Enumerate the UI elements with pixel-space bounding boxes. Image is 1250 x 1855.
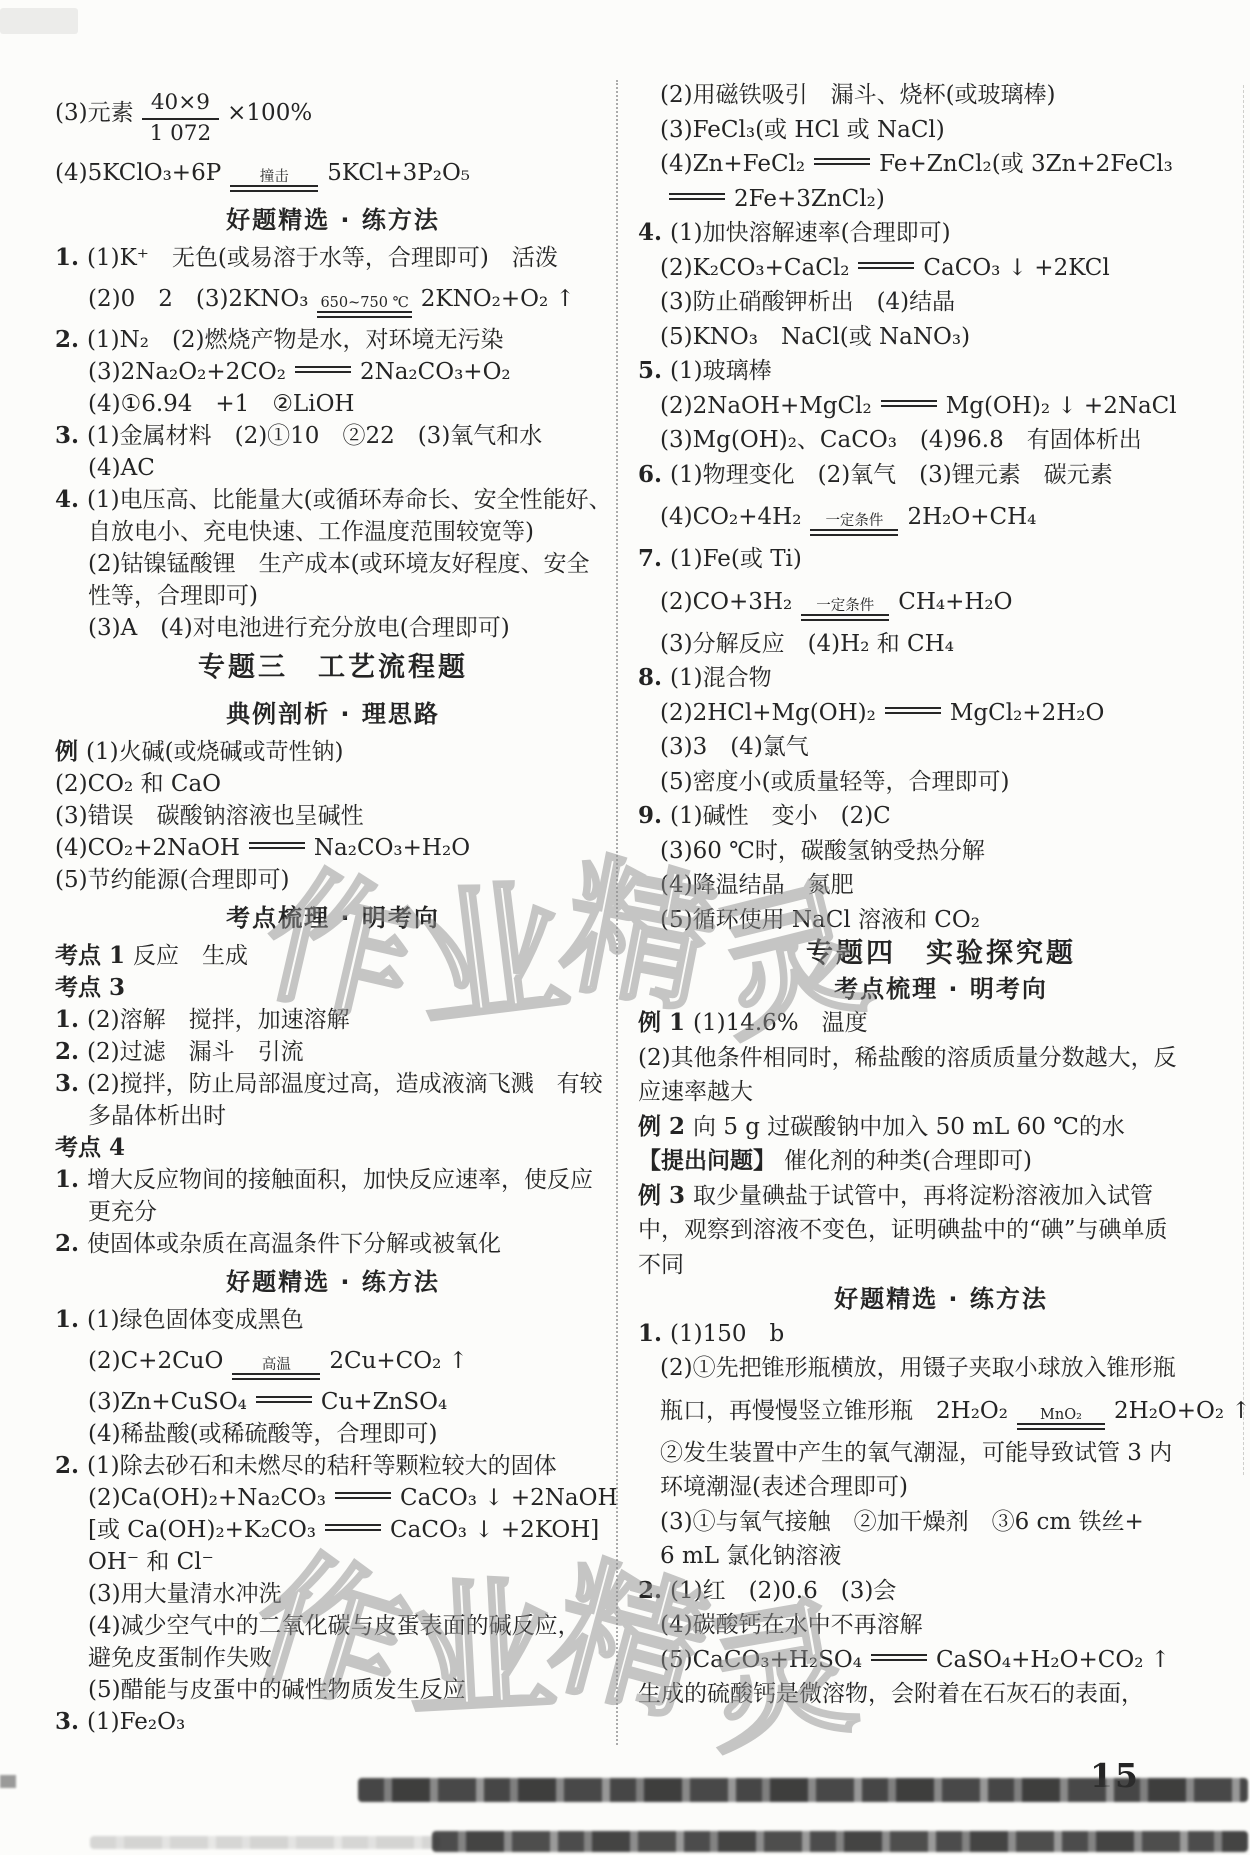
text-line: (5)KNO₃ NaCl(或 NaNO₃) [638,320,1244,355]
text-run: (4)AC [88,455,155,481]
double-line [317,311,411,318]
text-run: (1)Fe₂O₃ [87,1709,185,1735]
text-line: 2.(1)除去砂石和未燃尽的秸秆等颗粒较大的固体 [55,1450,611,1482]
text-run: (3)FeCl₃(或 HCl 或 NaCl) [660,117,945,143]
text-run: (1)14.6% 温度 [693,1010,868,1036]
text-run: (3)60 ℃时，碳酸氢钠受热分解 [660,838,985,864]
text-run: CaSO₄+H₂O+CO₂ ↑ [936,1647,1170,1673]
text-run: (4)Zn+FeCl₂ [660,151,805,177]
list-marker: 3. [55,1708,79,1735]
list-marker: 1. [55,244,79,271]
text-run: (2)0 2 (3)2KNO₃ [88,286,308,312]
heading-text: 专题四 实验探究题 [806,938,1076,969]
heading-text: 考点梳理 · 明考向 [834,975,1048,1003]
text-line: 更充分 [55,1196,611,1228]
text-run: (2)2NaOH+MgCl₂ [660,393,872,419]
section-heading: 考点梳理 · 明考向 [55,896,611,940]
text-run: (3)元素 [55,100,134,126]
section-heading: 考点梳理 · 明考向 [638,972,1244,1007]
list-marker: 4. [55,486,79,513]
text-run: 不同 [638,1252,684,1278]
text-run: (2)CO₂ 和 CaO [55,771,221,797]
text-run: (3)错误 碳酸钠溶液也呈碱性 [55,803,364,829]
text-run: (5)KNO₃ NaCl(或 NaNO₃) [660,324,970,350]
text-line: (3)Zn+CuSO₄Cu+ZnSO₄ [55,1386,611,1418]
reaction-condition: 650~750 ℃ [317,295,411,311]
text-run: (1)绿色固体变成黑色 [87,1307,304,1333]
list-marker: 7. [638,545,662,572]
scan-smudge [0,8,78,34]
text-line: (2)其他条件相同时，稀盐酸的溶质质量分数越大，反 [638,1041,1244,1076]
text-line: 考点 4 [55,1132,611,1164]
text-run: MgCl₂+2H₂O [950,700,1105,726]
text-run: (1)K⁺ 无色(或易溶于水等，合理即可) 活泼 [87,245,558,271]
list-marker: 例 2 [638,1113,685,1140]
left-column: (3)元素40×91 072×100%(4)5KClO₃+6P撞击5KCl+3P… [55,78,611,1738]
text-line: 2.(1)红 (2)0.6 (3)会 [638,1574,1244,1609]
text-run: (4)稀盐酸(或稀硫酸等，合理即可) [88,1421,438,1447]
reaction-condition: 高温 [232,1357,320,1373]
text-line: 1.(2)溶解 搅拌，加速溶解 [55,1004,611,1036]
text-line: (3)FeCl₃(或 HCl 或 NaCl) [638,113,1244,148]
double-line [814,158,870,165]
text-line: 4.(1)电压高、比能量大(或循环寿命长、安全性能好、 [55,484,611,516]
text-line: (2)用磁铁吸引 漏斗、烧杯(或玻璃棒) [638,78,1244,113]
text-run: (1)火碱(或烧碱或苛性钠) [86,739,344,765]
text-line: (3)分解反应 (4)H₂ 和 CH₄ [638,627,1244,662]
right-column: (2)用磁铁吸引 漏斗、烧杯(或玻璃棒)(3)FeCl₃(或 HCl 或 NaC… [638,78,1244,1712]
text-line: ②发生装置中产生的氧气潮湿，可能导致试管 3 内 [638,1436,1244,1471]
section-heading: 好题精选 · 练方法 [638,1282,1244,1317]
text-line: (4)碳酸钙在水中不再溶解 [638,1608,1244,1643]
list-marker: 例 [55,738,78,765]
double-line [1017,1423,1105,1430]
text-run: (3)分解反应 (4)H₂ 和 CH₄ [660,631,954,657]
double-line [325,1524,381,1531]
text-line: 性等，合理即可) [55,580,611,612]
equals-double-line: 一定条件 [810,513,898,536]
text-run: 反应 生成 [133,943,248,969]
text-run: (5)醋能与皮蛋中的碱性物质发生反应 [88,1677,466,1703]
text-line: 6 mL 氯化钠溶液 [638,1539,1244,1574]
text-run: (5)CaCO₃+H₂SO₄ [660,1647,862,1673]
text-line: 3.(2)搅拌，防止局部温度过高，造成液滴飞溅 有较 [55,1068,611,1100]
text-run: OH⁻ 和 Cl⁻ [88,1549,214,1575]
text-line: 7.(1)Fe(或 Ti) [638,542,1244,577]
text-run: (3)3 (4)氯气 [660,734,809,760]
text-line: 3.(1)金属材料 (2)①10 ②22 (3)氧气和水 [55,420,611,452]
equals-double-line [881,400,937,407]
text-run: (4)减少空气中的二氧化碳与皮蛋表面的碱反应， [88,1613,581,1639]
text-line: (4)减少空气中的二氧化碳与皮蛋表面的碱反应， [55,1610,611,1642]
list-marker: 例 1 [638,1009,685,1036]
text-run: 避免皮蛋制作失败 [88,1645,272,1671]
text-run: 催化剂的种类(合理即可) [784,1148,1032,1174]
text-line: (3)2Na₂O₂+2CO₂2Na₂CO₃+O₂ [55,356,611,388]
text-line: (5)循环使用 NaCl 溶液和 CO₂ [638,903,1244,938]
equals-double-line [814,158,870,165]
text-run: (4)5KClO₃+6P [55,160,221,186]
text-line: (4)5KClO₃+6P撞击5KCl+3P₂O₅ [55,148,611,198]
double-line [871,1654,927,1661]
text-line: (2)①先把锥形瓶横放，用镊子夹取小球放入锥形瓶 [638,1351,1244,1386]
text-line: (3)Mg(OH)₂、CaCO₃ (4)96.8 有固体析出 [638,423,1244,458]
text-run: (1)红 (2)0.6 (3)会 [670,1578,896,1604]
text-run: 2Na₂CO₃+O₂ [360,359,511,385]
text-run: 5KCl+3P₂O₅ [327,160,470,186]
double-line [881,400,937,407]
text-line: 生成的硫酸钙是微溶物，会附着在石灰石的表面， [638,1677,1244,1712]
text-line: (4)CO₂+2NaOHNa₂CO₃+H₂O [55,832,611,864]
text-run: (2)钴镍锰酸锂 生产成本(或环境友好程度、安全 [88,551,590,577]
text-line: 2.使固体或杂质在高温条件下分解或被氧化 [55,1228,611,1260]
text-run: (1)加快溶解速率(合理即可) [670,220,951,246]
text-run: 增大反应物间的接触面积，加快反应速率，使反应 [87,1167,593,1193]
text-run: (4)CO₂+2NaOH [55,835,240,861]
text-line: 自放电小、充电快速、工作温度范围较宽等) [55,516,611,548]
scan-shadow [358,1778,1248,1802]
section-heading: 专题三 工艺流程题 [55,644,611,692]
text-line: 考点 1反应 生成 [55,940,611,972]
text-run: (5)节约能源(合理即可) [55,867,290,893]
text-line: (4)稀盐酸(或稀硫酸等，合理即可) [55,1418,611,1450]
text-line: (4)Zn+FeCl₂Fe+ZnCl₂(或 3Zn+2FeCl₃ [638,147,1244,182]
list-marker: 1. [638,1320,662,1347]
text-run: 中，观察到溶液不变色，证明碘盐中的“碘”与碘单质 [638,1217,1168,1243]
text-line: (2)2NaOH+MgCl₂Mg(OH)₂ ↓ +2NaCl [638,389,1244,424]
reaction-condition: 撞击 [230,169,318,185]
text-run: (1)N₂ (2)燃烧产物是水，对环境无污染 [87,327,504,353]
text-line: 1.(1)150 b [638,1317,1244,1352]
text-line: 例(1)火碱(或烧碱或苛性钠) [55,736,611,768]
double-line [669,193,725,200]
text-run: (2)①先把锥形瓶横放，用镊子夹取小球放入锥形瓶 [660,1355,1176,1381]
text-run: 应速率越大 [638,1079,753,1105]
text-run: (2)用磁铁吸引 漏斗、烧杯(或玻璃棒) [660,82,1056,108]
text-run: 生成的硫酸钙是微溶物，会附着在石灰石的表面， [638,1681,1144,1707]
double-line [230,185,318,192]
list-marker: 【提出问题】 [638,1147,776,1174]
reaction-condition: MnO₂ [1017,1407,1105,1423]
text-run: 环境潮湿(表述合理即可) [660,1474,908,1500]
list-marker: 考点 3 [55,974,125,1001]
text-line: (3)3 (4)氯气 [638,730,1244,765]
text-line: (2)钴镍锰酸锂 生产成本(或环境友好程度、安全 [55,548,611,580]
list-marker: 1. [55,1166,79,1193]
text-line: 应速率越大 [638,1075,1244,1110]
text-line: (4)①6.94 +1 ②LiOH [55,388,611,420]
text-run: [或 Ca(OH)₂+K₂CO₃ [88,1517,316,1543]
text-run: 2Cu+CO₂ ↑ [329,1348,468,1374]
text-run: (3)用大量清水冲洗 [88,1581,282,1607]
heading-text: 典例剖析 · 理思路 [226,700,440,728]
text-run: (1)除去砂石和未燃尽的秸秆等颗粒较大的固体 [87,1453,557,1479]
equals-double-line [669,193,725,200]
equals-double-line [871,1654,927,1661]
scan-shadow [432,1831,1248,1852]
text-line: (4)AC [55,452,611,484]
text-line: OH⁻ 和 Cl⁻ [55,1546,611,1578]
equals-double-line [325,1524,381,1531]
list-marker: 2. [55,1230,79,1257]
equals-double-line: 高温 [232,1357,320,1380]
text-line: (3)用大量清水冲洗 [55,1578,611,1610]
text-run: CaCO₃ ↓ +2NaOH [400,1485,618,1511]
text-line: (4)降温结晶 氮肥 [638,868,1244,903]
text-line: 考点 3 [55,972,611,1004]
list-marker: 9. [638,802,662,829]
reaction-condition: 一定条件 [810,513,898,529]
text-run: Cu+ZnSO₄ [321,1389,447,1415]
text-run: (3)2Na₂O₂+2CO₂ [88,359,286,385]
text-line: (3)A (4)对电池进行充分放电(合理即可) [55,612,611,644]
text-run: 多晶体析出时 [88,1103,226,1129]
heading-text: 考点梳理 · 明考向 [226,904,440,932]
text-run: (4)降温结晶 氮肥 [660,872,854,898]
list-marker: 1. [55,1306,79,1333]
double-line [885,707,941,714]
text-run: 使固体或杂质在高温条件下分解或被氧化 [87,1231,501,1257]
text-line: (3)①与氧气接触 ②加干燥剂 ③6 cm 铁丝+ [638,1505,1244,1540]
list-marker: 3. [55,1070,79,1097]
text-line: (5)密度小(或质量轻等，合理即可) [638,765,1244,800]
text-line: 5.(1)玻璃棒 [638,354,1244,389]
section-heading: 好题精选 · 练方法 [55,1260,611,1304]
text-run: (5)密度小(或质量轻等，合理即可) [660,769,1010,795]
text-run: (4)①6.94 +1 ②LiOH [88,391,354,417]
text-line: (4)CO₂+4H₂一定条件2H₂O+CH₄ [638,492,1244,542]
equals-double-line: 一定条件 [801,598,889,621]
reaction-condition: 一定条件 [801,598,889,614]
list-marker: 考点 4 [55,1134,125,1161]
text-run: (2)C+2CuO [88,1348,223,1374]
scan-shadow [90,1836,440,1849]
equals-double-line: 撞击 [230,169,318,192]
text-line: (2)2HCl+Mg(OH)₂MgCl₂+2H₂O [638,696,1244,731]
text-line: (5)节约能源(合理即可) [55,864,611,896]
list-marker: 2. [55,326,79,353]
text-line: 2.(2)过滤 漏斗 引流 [55,1036,611,1068]
equals-double-line [295,366,351,373]
text-run: ②发生装置中产生的氧气潮湿，可能导致试管 3 内 [660,1440,1172,1466]
double-line [810,529,898,536]
text-run: 更充分 [88,1199,157,1225]
list-marker: 6. [638,461,662,488]
text-line: (2)CO₂ 和 CaO [55,768,611,800]
text-run: Mg(OH)₂ ↓ +2NaCl [946,393,1177,419]
heading-text: 好题精选 · 练方法 [226,1268,440,1296]
text-line: (3)防止硝酸钾析出 (4)结晶 [638,285,1244,320]
double-line [256,1396,312,1403]
text-line: 例 2向 5 g 过碳酸钠中加入 50 mL 60 ℃的水 [638,1110,1244,1145]
text-line: (2)K₂CO₃+CaCl₂CaCO₃ ↓ +2KCl [638,251,1244,286]
text-run: (2)2HCl+Mg(OH)₂ [660,700,876,726]
text-run: (2)其他条件相同时，稀盐酸的溶质质量分数越大，反 [638,1045,1177,1071]
text-line: 例 1(1)14.6% 温度 [638,1006,1244,1041]
text-line: (3)错误 碳酸钠溶液也呈碱性 [55,800,611,832]
text-run: (1)金属材料 (2)①10 ②22 (3)氧气和水 [87,423,542,449]
text-line: 6.(1)物理变化 (2)氧气 (3)锂元素 碳元素 [638,458,1244,493]
text-run: (2)溶解 搅拌，加速溶解 [87,1007,350,1033]
text-run: ×100% [227,100,312,126]
text-run: CH₄+H₂O [898,589,1012,615]
double-line [232,1373,320,1380]
text-run: 自放电小、充电快速、工作温度范围较宽等) [88,519,534,545]
text-line: (2)C+2CuO高温2Cu+CO₂ ↑ [55,1336,611,1386]
list-marker: 8. [638,664,662,691]
text-line: 1.(1)K⁺ 无色(或易溶于水等，合理即可) 活泼 [55,242,611,274]
text-run: CaCO₃ ↓ +2KCl [923,255,1109,281]
text-line: (3)元素40×91 072×100% [55,78,611,148]
text-run: (1)物理变化 (2)氧气 (3)锂元素 碳元素 [670,462,1113,488]
list-marker: 1. [55,1006,79,1033]
fraction-numerator: 40×9 [142,91,220,118]
text-run: (1)玻璃棒 [670,358,772,384]
list-marker: 3. [55,422,79,449]
fraction: 40×91 072 [142,91,220,146]
fraction-denominator: 1 072 [142,118,220,147]
text-run: 2KNO₂+O₂ ↑ [421,286,575,312]
scan-shadow [0,1775,16,1788]
list-marker: 2. [55,1452,79,1479]
text-line: 8.(1)混合物 [638,661,1244,696]
heading-text: 好题精选 · 练方法 [226,206,440,234]
text-run: (3)防止硝酸钾析出 (4)结晶 [660,289,955,315]
text-run: 向 5 g 过碳酸钠中加入 50 mL 60 ℃的水 [693,1114,1125,1140]
equals-double-line [885,707,941,714]
text-run: (2)K₂CO₃+CaCl₂ [660,255,849,281]
text-run: (2)Ca(OH)₂+Na₂CO₃ [88,1485,326,1511]
text-line: 2.(1)N₂ (2)燃烧产物是水，对环境无污染 [55,324,611,356]
text-run: 取少量碘盐于试管中，再将淀粉溶液加入试管 [693,1183,1153,1209]
section-heading: 好题精选 · 练方法 [55,198,611,242]
text-line: (2)Ca(OH)₂+Na₂CO₃CaCO₃ ↓ +2NaOH [55,1482,611,1514]
text-run: 性等，合理即可) [88,583,258,609]
text-run: 2Fe+3ZnCl₂) [734,186,885,212]
text-line: 例 3取少量碘盐于试管中，再将淀粉溶液加入试管 [638,1179,1244,1214]
text-run: (2)搅拌，防止局部温度过高，造成液滴飞溅 有较 [87,1071,603,1097]
equals-double-line [335,1492,391,1499]
text-line: 避免皮蛋制作失败 [55,1642,611,1674]
text-run: (1)混合物 [670,665,772,691]
equals-double-line [249,842,305,849]
text-line: 中，观察到溶液不变色，证明碘盐中的“碘”与碘单质 [638,1213,1244,1248]
text-line: 4.(1)加快溶解速率(合理即可) [638,216,1244,251]
text-line: 【提出问题】催化剂的种类(合理即可) [638,1144,1244,1179]
text-run: (3)Mg(OH)₂、CaCO₃ (4)96.8 有固体析出 [660,427,1142,453]
double-line [249,842,305,849]
equals-double-line [858,262,914,269]
double-line [335,1492,391,1499]
text-run: 瓶口，再慢慢竖立锥形瓶 2H₂O₂ [660,1398,1008,1424]
section-heading: 典例剖析 · 理思路 [55,692,611,736]
text-line: 1.(1)绿色固体变成黑色 [55,1304,611,1336]
heading-text: 好题精选 · 练方法 [834,1285,1048,1313]
text-line: 瓶口，再慢慢竖立锥形瓶 2H₂O₂MnO₂2H₂O+O₂ ↑ [638,1386,1244,1436]
text-run: Na₂CO₃+H₂O [314,835,470,861]
text-run: (3)①与氧气接触 ②加干燥剂 ③6 cm 铁丝+ [660,1509,1144,1535]
text-line: (3)60 ℃时，碳酸氢钠受热分解 [638,834,1244,869]
text-line: 1.增大反应物间的接触面积，加快反应速率，使反应 [55,1164,611,1196]
double-line [801,614,889,621]
scanned-answer-page: (3)元素40×91 072×100%(4)5KClO₃+6P撞击5KCl+3P… [0,0,1250,1855]
section-heading: 专题四 实验探究题 [638,937,1244,972]
equals-double-line: MnO₂ [1017,1407,1105,1430]
text-line: 9.(1)碱性 变小 (2)C [638,799,1244,834]
text-run: (1)150 b [670,1321,784,1347]
text-run: (1)电压高、比能量大(或循环寿命长、安全性能好、 [87,487,612,513]
list-marker: 2. [55,1038,79,1065]
equals-double-line: 650~750 ℃ [317,295,411,318]
text-run: Fe+ZnCl₂(或 3Zn+2FeCl₃ [879,151,1173,177]
text-run: (1)碱性 变小 (2)C [670,803,891,829]
text-line: (5)CaCO₃+H₂SO₄CaSO₄+H₂O+CO₂ ↑ [638,1643,1244,1678]
text-line: [或 Ca(OH)₂+K₂CO₃CaCO₃ ↓ +2KOH] [55,1514,611,1546]
text-run: 2H₂O+CH₄ [907,504,1036,530]
text-line: (2)0 2 (3)2KNO₃650~750 ℃2KNO₂+O₂ ↑ [55,274,611,324]
text-run: 2H₂O+O₂ ↑ [1114,1398,1250,1424]
list-marker: 例 3 [638,1182,685,1209]
text-run: (3)Zn+CuSO₄ [88,1389,247,1415]
text-run: (4)碳酸钙在水中不再溶解 [660,1612,923,1638]
equals-double-line [256,1396,312,1403]
text-line: (5)醋能与皮蛋中的碱性物质发生反应 [55,1674,611,1706]
text-run: (2)CO+3H₂ [660,589,792,615]
text-run: (3)A (4)对电池进行充分放电(合理即可) [88,615,510,641]
list-marker: 考点 1 [55,942,125,969]
text-run: (5)循环使用 NaCl 溶液和 CO₂ [660,907,980,933]
text-run: (4)CO₂+4H₂ [660,504,801,530]
text-line: 多晶体析出时 [55,1100,611,1132]
heading-text: 专题三 工艺流程题 [198,652,468,683]
text-line: 3.(1)Fe₂O₃ [55,1706,611,1738]
text-line: (2)CO+3H₂一定条件CH₄+H₂O [638,577,1244,627]
text-run: (1)Fe(或 Ti) [670,546,802,572]
text-line: 不同 [638,1248,1244,1283]
text-line: 2Fe+3ZnCl₂) [638,182,1244,217]
list-marker: 4. [638,219,662,246]
double-line [858,262,914,269]
double-line [295,366,351,373]
list-marker: 5. [638,357,662,384]
list-marker: 2. [638,1577,662,1604]
text-run: (2)过滤 漏斗 引流 [87,1039,304,1065]
text-run: CaCO₃ ↓ +2KOH] [390,1517,599,1543]
text-run: 6 mL 氯化钠溶液 [660,1543,841,1569]
text-line: 环境潮湿(表述合理即可) [638,1470,1244,1505]
